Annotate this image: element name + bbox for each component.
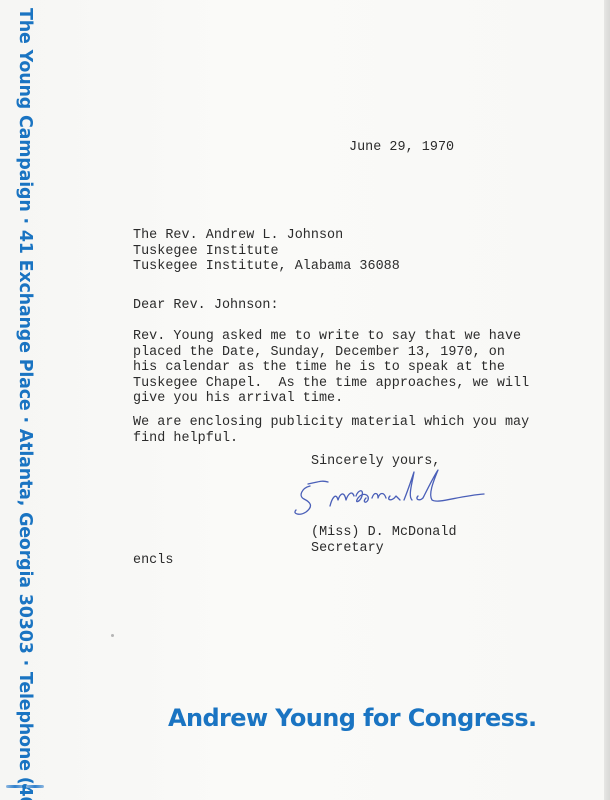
enclosure-notation: encls (133, 553, 173, 569)
paragraph-line: We are enclosing publicity material whic… (133, 415, 529, 430)
salutation: Dear Rev. Johnson: (133, 298, 279, 314)
handwritten-signature (288, 466, 488, 522)
letter-date: June 29, 1970 (349, 140, 454, 156)
letterhead-sidebar-address: The Young Campaign · 41 Exchange Place ·… (10, 8, 40, 768)
body-paragraph-1: Rev. Young asked me to write to say that… (133, 329, 529, 407)
body-paragraph-2: We are enclosing publicity material whic… (133, 415, 529, 446)
letterhead-ornament-icon (6, 784, 44, 789)
paper-blemish (111, 634, 114, 637)
recipient-address: The Rev. Andrew L. Johnson Tuskegee Inst… (133, 228, 400, 275)
signer-name: (Miss) D. McDonald (311, 525, 457, 540)
signer-block: (Miss) D. McDonald Secretary (311, 525, 457, 556)
signer-title: Secretary (311, 541, 384, 556)
recipient-name: The Rev. Andrew L. Johnson (133, 228, 343, 243)
recipient-city-state: Tuskegee Institute, Alabama 36088 (133, 259, 400, 274)
paragraph-line: his calendar as the time he is to speak … (133, 360, 505, 375)
ornament-bar-right (26, 785, 44, 788)
footer-campaign-logo: Andrew Young for Congress. (168, 704, 537, 732)
paragraph-line: Tuskegee Chapel. As the time approaches,… (133, 376, 529, 391)
paragraph-line: Rev. Young asked me to write to say that… (133, 329, 521, 344)
paragraph-line: find helpful. (133, 431, 238, 446)
page-edge-shadow (604, 0, 610, 800)
paragraph-line: give you his arrival time. (133, 391, 343, 406)
paragraph-line: placed the Date, Sunday, December 13, 19… (133, 345, 505, 360)
recipient-organization: Tuskegee Institute (133, 244, 279, 259)
